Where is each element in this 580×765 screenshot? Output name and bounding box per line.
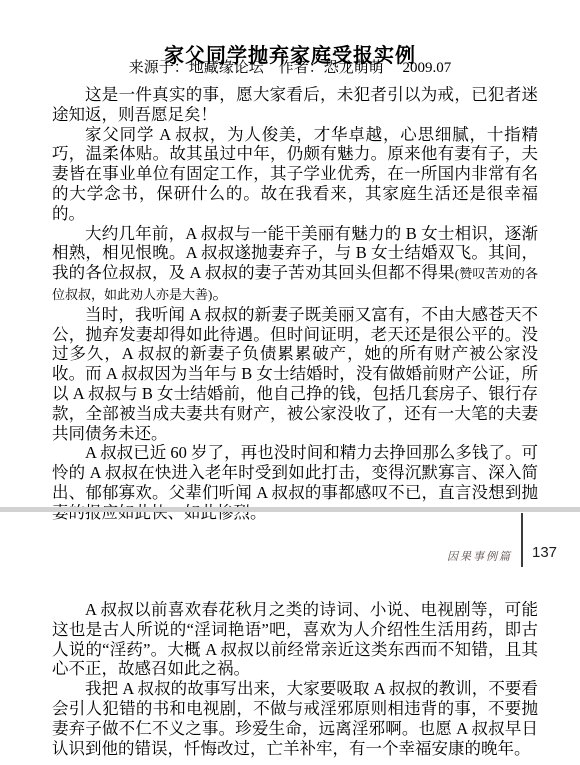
paragraph-affair: 大约几年前，A 叔叔与一能干美丽有魅力的 B 女士相识，逐渐相熟，相见恨晚。A …: [52, 224, 538, 305]
paragraph-reflection: A 叔叔以前喜欢春花秋月之类的诗词、小说、电视剧等，可能这也是古人所说的“淫词艳…: [52, 600, 538, 679]
paragraph-retribution: 当时，我听闻 A 叔叔的新妻子既美丽又富有，不由大感苍天不公，抛弃发妻却得如此待…: [52, 305, 538, 444]
story-body-page-1: 这是一件真实的事，愿大家看后，未犯者引以为戒，已犯者迷途知返，则吾愿足矣！ 家父…: [52, 85, 538, 523]
book-page: { "doc": { "title": "家父同学抛弃家庭受报实例", "sou…: [0, 0, 580, 765]
paragraph-lesson: 我把 A 叔叔的故事写出来，大家要吸取 A 叔叔的教训，不要看会引人犯错的书和电…: [52, 679, 538, 758]
paragraph-intro: 这是一件真实的事，愿大家看后，未犯者引以为戒，已犯者迷途知返，则吾愿足矣！: [52, 85, 538, 125]
source-author-line: 来源于：地藏缘论坛 作者：恐龙萌萌 2009.07: [0, 56, 580, 77]
chapter-footer-label: 因果事例篇: [0, 548, 512, 564]
paragraph-background: 家父同学 A 叔叔，为人俊美，才华卓越，心思细腻，十指精巧，温柔体贴。故其虽过中…: [52, 125, 538, 224]
paragraph-affair-period: 。: [212, 284, 229, 303]
story-body-page-2: A 叔叔以前喜欢春花秋月之类的诗词、小说、电视剧等，可能这也是古人所说的“淫词艳…: [52, 600, 538, 758]
page-number: 137: [532, 544, 557, 561]
page-break-bar: [0, 507, 580, 512]
footer-divider-line: [521, 513, 523, 567]
